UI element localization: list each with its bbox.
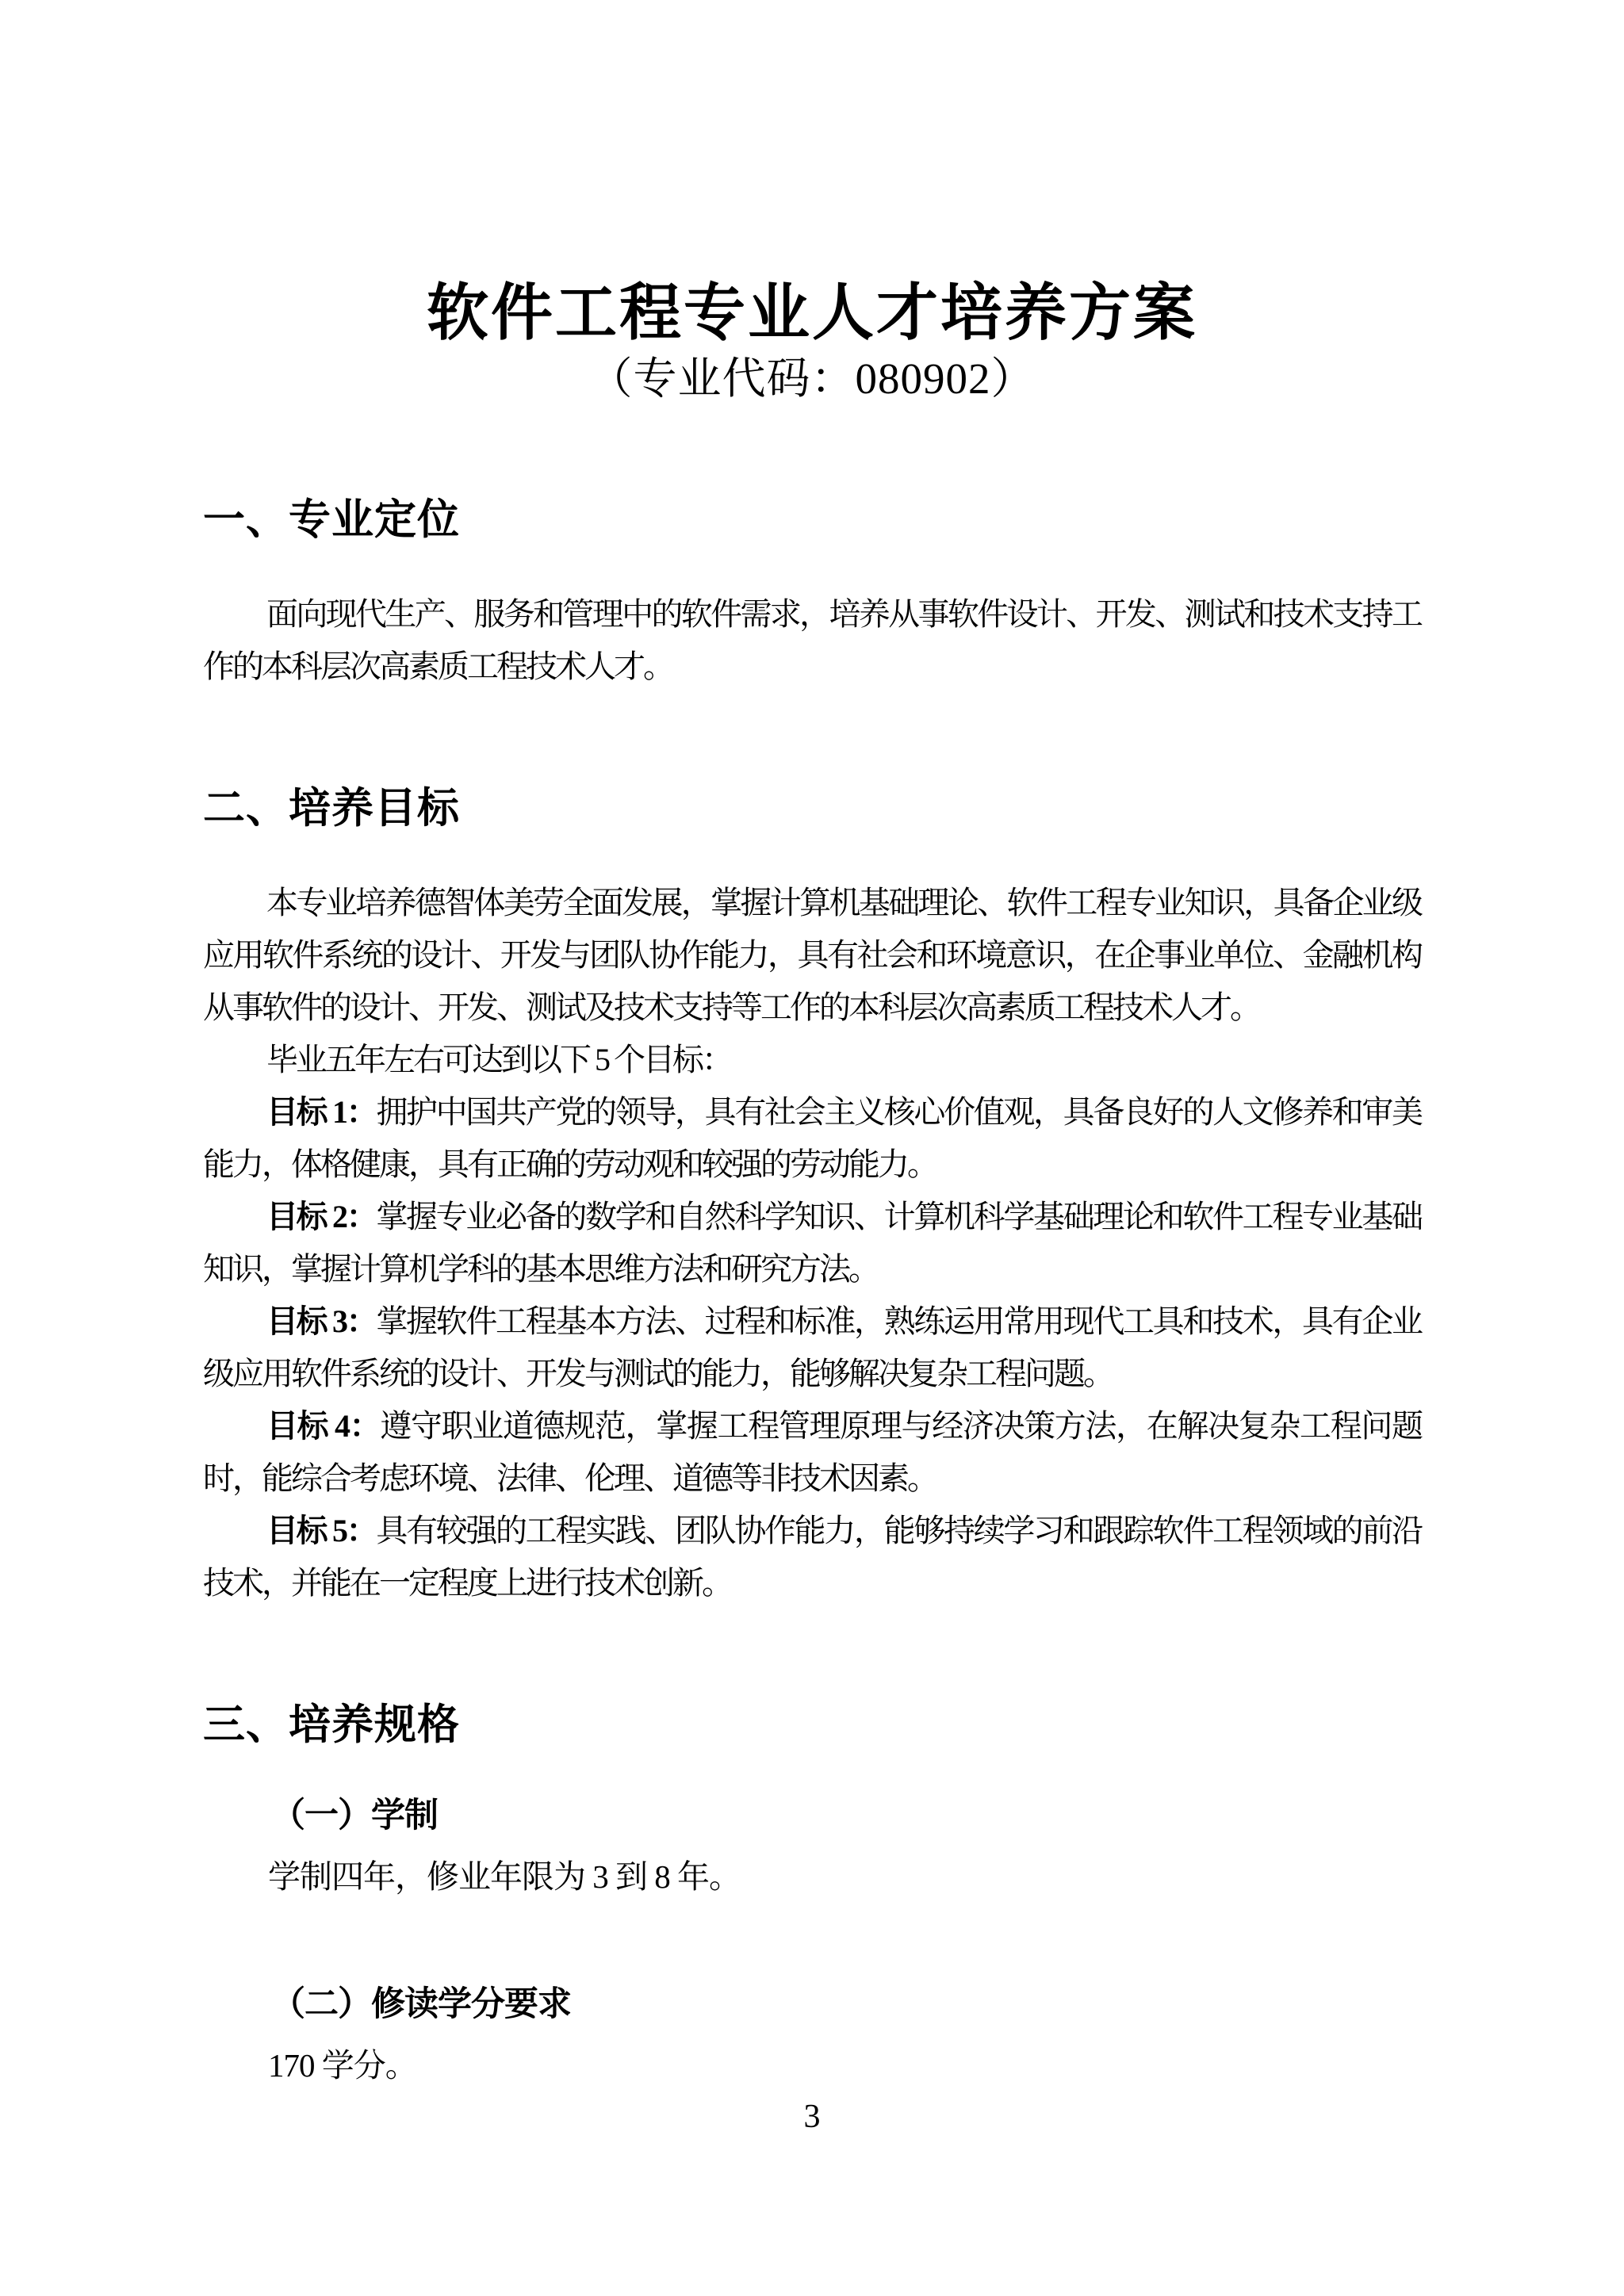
document-subtitle: （专业代码：080902） <box>203 354 1421 404</box>
paragraph-goal-5: 目标 5：具有较强的工程实践、团队协作能力，能够持续学习和跟踪软件工程领域的前沿… <box>203 1505 1421 1609</box>
paragraph-text: 本专业培养德智体美劳全面发展，掌握计算机基础理论、软件工程专业知识，具备企业级应… <box>203 885 1421 1025</box>
goal-4-label: 目标 4： <box>266 1408 380 1444</box>
section-heading-training-objectives: 二、培养目标 <box>203 784 1421 833</box>
document-title: 软件工程专业人才培养方案 <box>203 276 1421 349</box>
paragraph-goal-3: 目标 3：掌握软件工程基本方法、过程和标准，熟练运用常用现代工具和技术，具有企业… <box>203 1295 1421 1400</box>
section-heading-training-specifications: 三、培养规格 <box>203 1701 1421 1750</box>
page-number: 3 <box>0 2097 1624 2137</box>
subsection-body-credit-requirements: 170 学分。 <box>203 2039 1421 2091</box>
goal-1-label: 目标 1： <box>266 1094 376 1130</box>
subsection-heading-credit-requirements: （二）修读学分要求 <box>203 1982 1421 2028</box>
paragraph-goal-4: 目标 4：遵守职业道德规范，掌握工程管理原理与经济决策方法，在解决复杂工程问题时… <box>203 1400 1421 1505</box>
goal-5-label: 目标 5： <box>266 1513 376 1548</box>
paragraph-text: 具有较强的工程实践、团队协作能力，能够持续学习和跟踪软件工程领域的前沿技术，并能… <box>203 1513 1421 1601</box>
paragraph-text: 遵守职业道德规范，掌握工程管理原理与经济决策方法，在解决复杂工程问题时，能综合考… <box>203 1408 1421 1496</box>
paragraph-text: 拥护中国共产党的领导，具有社会主义核心价值观，具备良好的人文修养和审美能力，体格… <box>203 1094 1421 1182</box>
section-heading-professional-positioning: 一、专业定位 <box>203 496 1421 545</box>
paragraph-text: 毕业五年左右可达到以下 5 个目标： <box>266 1042 731 1077</box>
paragraph-goal-1: 目标 1：拥护中国共产党的领导，具有社会主义核心价值观，具备良好的人文修养和审美… <box>203 1086 1421 1191</box>
goal-3-label: 目标 3： <box>266 1303 376 1339</box>
goal-2-label: 目标 2： <box>266 1199 376 1234</box>
document-page: 软件工程专业人才培养方案 （专业代码：080902） 一、专业定位 面向现代生产… <box>0 0 1624 2296</box>
subsection-heading-schooling-length: （一）学制 <box>203 1793 1421 1839</box>
paragraph: 毕业五年左右可达到以下 5 个目标： <box>203 1034 1421 1086</box>
paragraph-text: 掌握软件工程基本方法、过程和标准，熟练运用常用现代工具和技术，具有企业级应用软件… <box>203 1303 1421 1391</box>
paragraph: 本专业培养德智体美劳全面发展，掌握计算机基础理论、软件工程专业知识，具备企业级应… <box>203 877 1421 1034</box>
subsection-body-schooling-length: 学制四年，修业年限为 3 到 8 年。 <box>203 1850 1421 1903</box>
paragraph: 面向现代生产、服务和管理中的软件需求，培养从事软件设计、开发、测试和技术支持工作… <box>203 588 1421 693</box>
paragraph-text: 掌握专业必备的数学和自然科学知识、计算机科学基础理论和软件工程专业基础知识，掌握… <box>203 1199 1421 1287</box>
paragraph-text: 面向现代生产、服务和管理中的软件需求，培养从事软件设计、开发、测试和技术支持工作… <box>203 596 1421 684</box>
paragraph-goal-2: 目标 2：掌握专业必备的数学和自然科学知识、计算机科学基础理论和软件工程专业基础… <box>203 1191 1421 1295</box>
